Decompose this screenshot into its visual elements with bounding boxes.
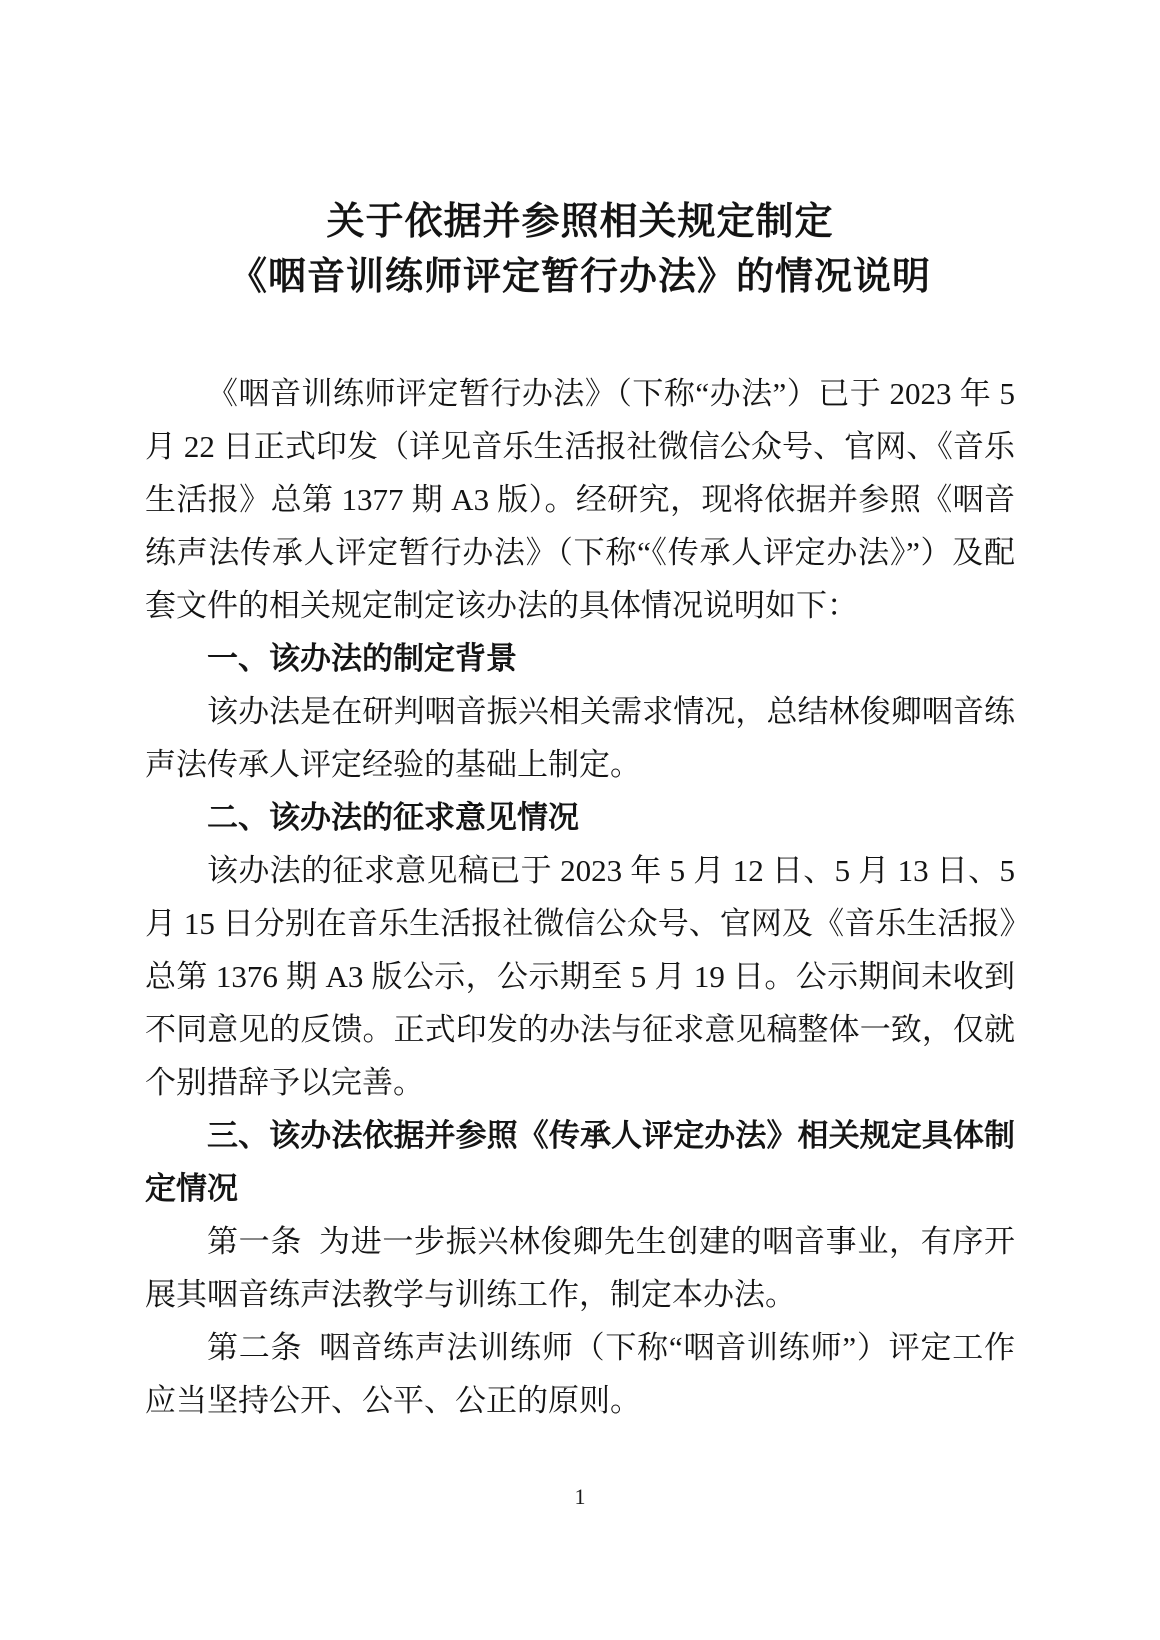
section-2-paragraph: 该办法的征求意见稿已于 2023 年 5 月 12 日、5 月 13 日、5 月… [145,844,1015,1109]
document-title: 关于依据并参照相关规定制定 《咽音训练师评定暂行办法》的情况说明 [0,195,1160,305]
page-number: 1 [0,1484,1160,1510]
section-1-paragraph: 该办法是在研判咽音振兴相关需求情况，总结林俊卿咽音练声法传承人评定经验的基础上制… [145,685,1015,791]
document-title-line-1: 关于依据并参照相关规定制定 [0,195,1160,250]
section-3-heading: 三、该办法依据并参照《传承人评定办法》相关规定具体制定情况 [145,1109,1015,1215]
section-1-heading: 一、该办法的制定背景 [145,632,1015,685]
document-title-line-2: 《咽音训练师评定暂行办法》的情况说明 [0,250,1160,305]
document-page: 关于依据并参照相关规定制定 《咽音训练师评定暂行办法》的情况说明 《咽音训练师评… [0,0,1160,1640]
article-1-paragraph: 第一条为进一步振兴林俊卿先生创建的咽音事业，有序开展其咽音练声法教学与训练工作，… [145,1215,1015,1321]
article-2-number: 第二条 [207,1330,302,1365]
document-body: 《咽音训练师评定暂行办法》（下称“办法”）已于 2023 年 5 月 22 日正… [145,367,1015,1427]
article-2-paragraph: 第二条咽音练声法训练师（下称“咽音训练师”）评定工作应当坚持公开、公平、公正的原… [145,1321,1015,1427]
article-1-number: 第一条 [207,1224,302,1259]
section-2-heading: 二、该办法的征求意见情况 [145,791,1015,844]
intro-paragraph: 《咽音训练师评定暂行办法》（下称“办法”）已于 2023 年 5 月 22 日正… [145,367,1015,632]
